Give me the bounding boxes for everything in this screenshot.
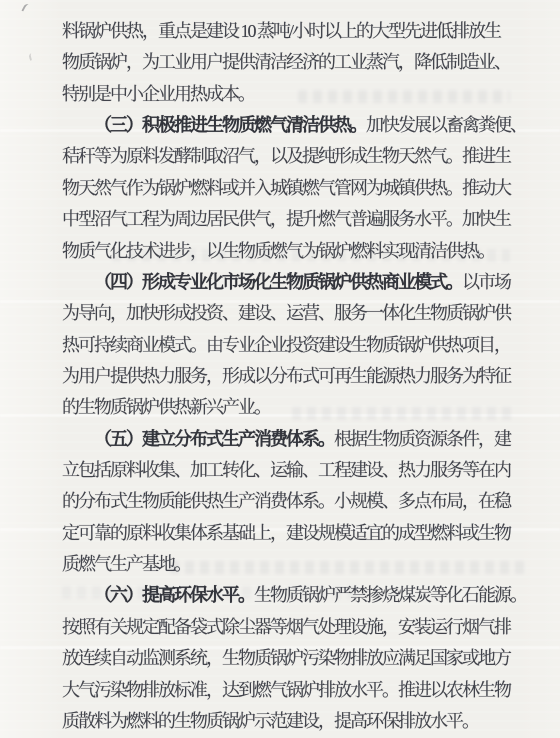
paragraph-heading: （四）形成专业化市场化生物质锅炉供热商业模式。 bbox=[94, 272, 462, 292]
text-line: 料锅炉供热，重点是建设 10 蒸吨/小时以上的大型先进低排放生 bbox=[62, 16, 522, 47]
line-text: 根据生物质资源条件，建 bbox=[334, 429, 510, 449]
text-line: 立包括原料收集、加工转化、运输、工程建设、热力服务等在内 bbox=[62, 455, 522, 486]
line-text: 按照有关规定配备袋式除尘器等烟气处理设施，安装运行烟气排 bbox=[62, 617, 510, 637]
paragraph-heading: （五）建立分布式生产消费体系。 bbox=[94, 429, 334, 449]
text-line: 大气污染物排放标准，达到燃气锅炉排放水平。推进以农林生物 bbox=[62, 675, 522, 706]
text-line: 秸秆等为原料发酵制取沼气，以及提纯形成生物天然气。推进生 bbox=[62, 141, 522, 172]
line-text: 立包括原料收集、加工转化、运输、工程建设、热力服务等在内 bbox=[62, 460, 510, 480]
text-line: 质散料为燃料的生物质锅炉示范建设，提高环保排放水平。 bbox=[62, 706, 522, 737]
line-text: 特别是中小企业用热成本。 bbox=[62, 84, 254, 104]
text-line: 按照有关规定配备袋式除尘器等烟气处理设施，安装运行烟气排 bbox=[62, 612, 522, 643]
stray-pen-mark bbox=[21, 3, 32, 15]
text-line: 为用户提供热力服务，形成以分布式可再生能源热力服务为特征 bbox=[62, 361, 522, 392]
line-text: 物天然气作为锅炉燃料或并入城镇燃气管网为城镇供热。推动大 bbox=[62, 178, 510, 198]
text-line: 物质气化技术进步，以生物质燃气为锅炉燃料实现清洁供热。 bbox=[62, 236, 522, 267]
text-line: 的生物质锅炉供热新兴产业。 bbox=[62, 392, 522, 423]
text-line: 为导向，加快形成投资、建设、运营、服务一体化生物质锅炉供 bbox=[62, 298, 522, 329]
line-text: 为导向，加快形成投资、建设、运营、服务一体化生物质锅炉供 bbox=[62, 303, 510, 323]
line-text: 放连续自动监测系统，生物质锅炉污染物排放应满足国家或地方 bbox=[62, 648, 510, 668]
line-text: 的生物质锅炉供热新兴产业。 bbox=[62, 397, 270, 417]
line-text: 质散料为燃料的生物质锅炉示范建设，提高环保排放水平。 bbox=[62, 711, 478, 731]
text-line: 特别是中小企业用热成本。 bbox=[62, 79, 522, 110]
line-text: 生物质锅炉严禁掺烧煤炭等化石能源。 bbox=[254, 585, 526, 605]
text-line: 的分布式生物质能供热生产消费体系。小规模、多点布局，在稳 bbox=[62, 486, 522, 517]
line-text: 的分布式生物质能供热生产消费体系。小规模、多点布局，在稳 bbox=[62, 491, 510, 511]
text-line: 物质锅炉，为工业用户提供清洁经济的工业蒸汽，降低制造业、 bbox=[62, 47, 522, 78]
text-line: （六）提高环保水平。生物质锅炉严禁掺烧煤炭等化石能源。 bbox=[62, 580, 522, 611]
paragraph-heading: （六）提高环保水平。 bbox=[94, 585, 254, 605]
line-text: 定可靠的原料收集体系基础上，建设规模适宜的成型燃料或生物 bbox=[62, 523, 510, 543]
document-text-block: 料锅炉供热，重点是建设 10 蒸吨/小时以上的大型先进低排放生物质锅炉，为工业用… bbox=[62, 16, 522, 737]
paragraph-heading: （三）积极推进生物质燃气清洁供热。 bbox=[94, 115, 366, 135]
line-text: 加快发展以畜禽粪便、 bbox=[366, 115, 526, 135]
line-text: 秸秆等为原料发酵制取沼气，以及提纯形成生物天然气。推进生 bbox=[62, 146, 510, 166]
text-line: 热可持续商业模式。由专业企业投资建设生物质锅炉供热项目， bbox=[62, 330, 522, 361]
text-line: 定可靠的原料收集体系基础上，建设规模适宜的成型燃料或生物 bbox=[62, 518, 522, 549]
line-text: 为用户提供热力服务，形成以分布式可再生能源热力服务为特征 bbox=[62, 366, 510, 386]
line-text: 大气污染物排放标准，达到燃气锅炉排放水平。推进以农林生物 bbox=[62, 680, 510, 700]
line-text: 物质气化技术进步，以生物质燃气为锅炉燃料实现清洁供热。 bbox=[62, 241, 494, 261]
text-line: （三）积极推进生物质燃气清洁供热。加快发展以畜禽粪便、 bbox=[62, 110, 522, 141]
text-line: 质燃气生产基地。 bbox=[62, 549, 522, 580]
line-text: 中型沼气工程为周边居民供气，提升燃气普遍服务水平。加快生 bbox=[62, 209, 510, 229]
line-text: 质燃气生产基地。 bbox=[62, 554, 190, 574]
stray-pen-mark bbox=[28, 52, 37, 61]
text-line: （五）建立分布式生产消费体系。根据生物质资源条件，建 bbox=[62, 424, 522, 455]
line-text: 料锅炉供热，重点是建设 10 蒸吨/小时以上的大型先进低排放生 bbox=[62, 21, 500, 41]
line-text: 热可持续商业模式。由专业企业投资建设生物质锅炉供热项目， bbox=[62, 335, 510, 355]
line-text: 物质锅炉，为工业用户提供清洁经济的工业蒸汽，降低制造业、 bbox=[62, 52, 510, 72]
scanned-document-page: 料锅炉供热，重点是建设 10 蒸吨/小时以上的大型先进低排放生物质锅炉，为工业用… bbox=[0, 0, 560, 738]
text-line: 物天然气作为锅炉燃料或并入城镇燃气管网为城镇供热。推动大 bbox=[62, 173, 522, 204]
text-line: 放连续自动监测系统，生物质锅炉污染物排放应满足国家或地方 bbox=[62, 643, 522, 674]
text-line: （四）形成专业化市场化生物质锅炉供热商业模式。以市场 bbox=[62, 267, 522, 298]
text-line: 中型沼气工程为周边居民供气，提升燃气普遍服务水平。加快生 bbox=[62, 204, 522, 235]
line-text: 以市场 bbox=[462, 272, 510, 292]
